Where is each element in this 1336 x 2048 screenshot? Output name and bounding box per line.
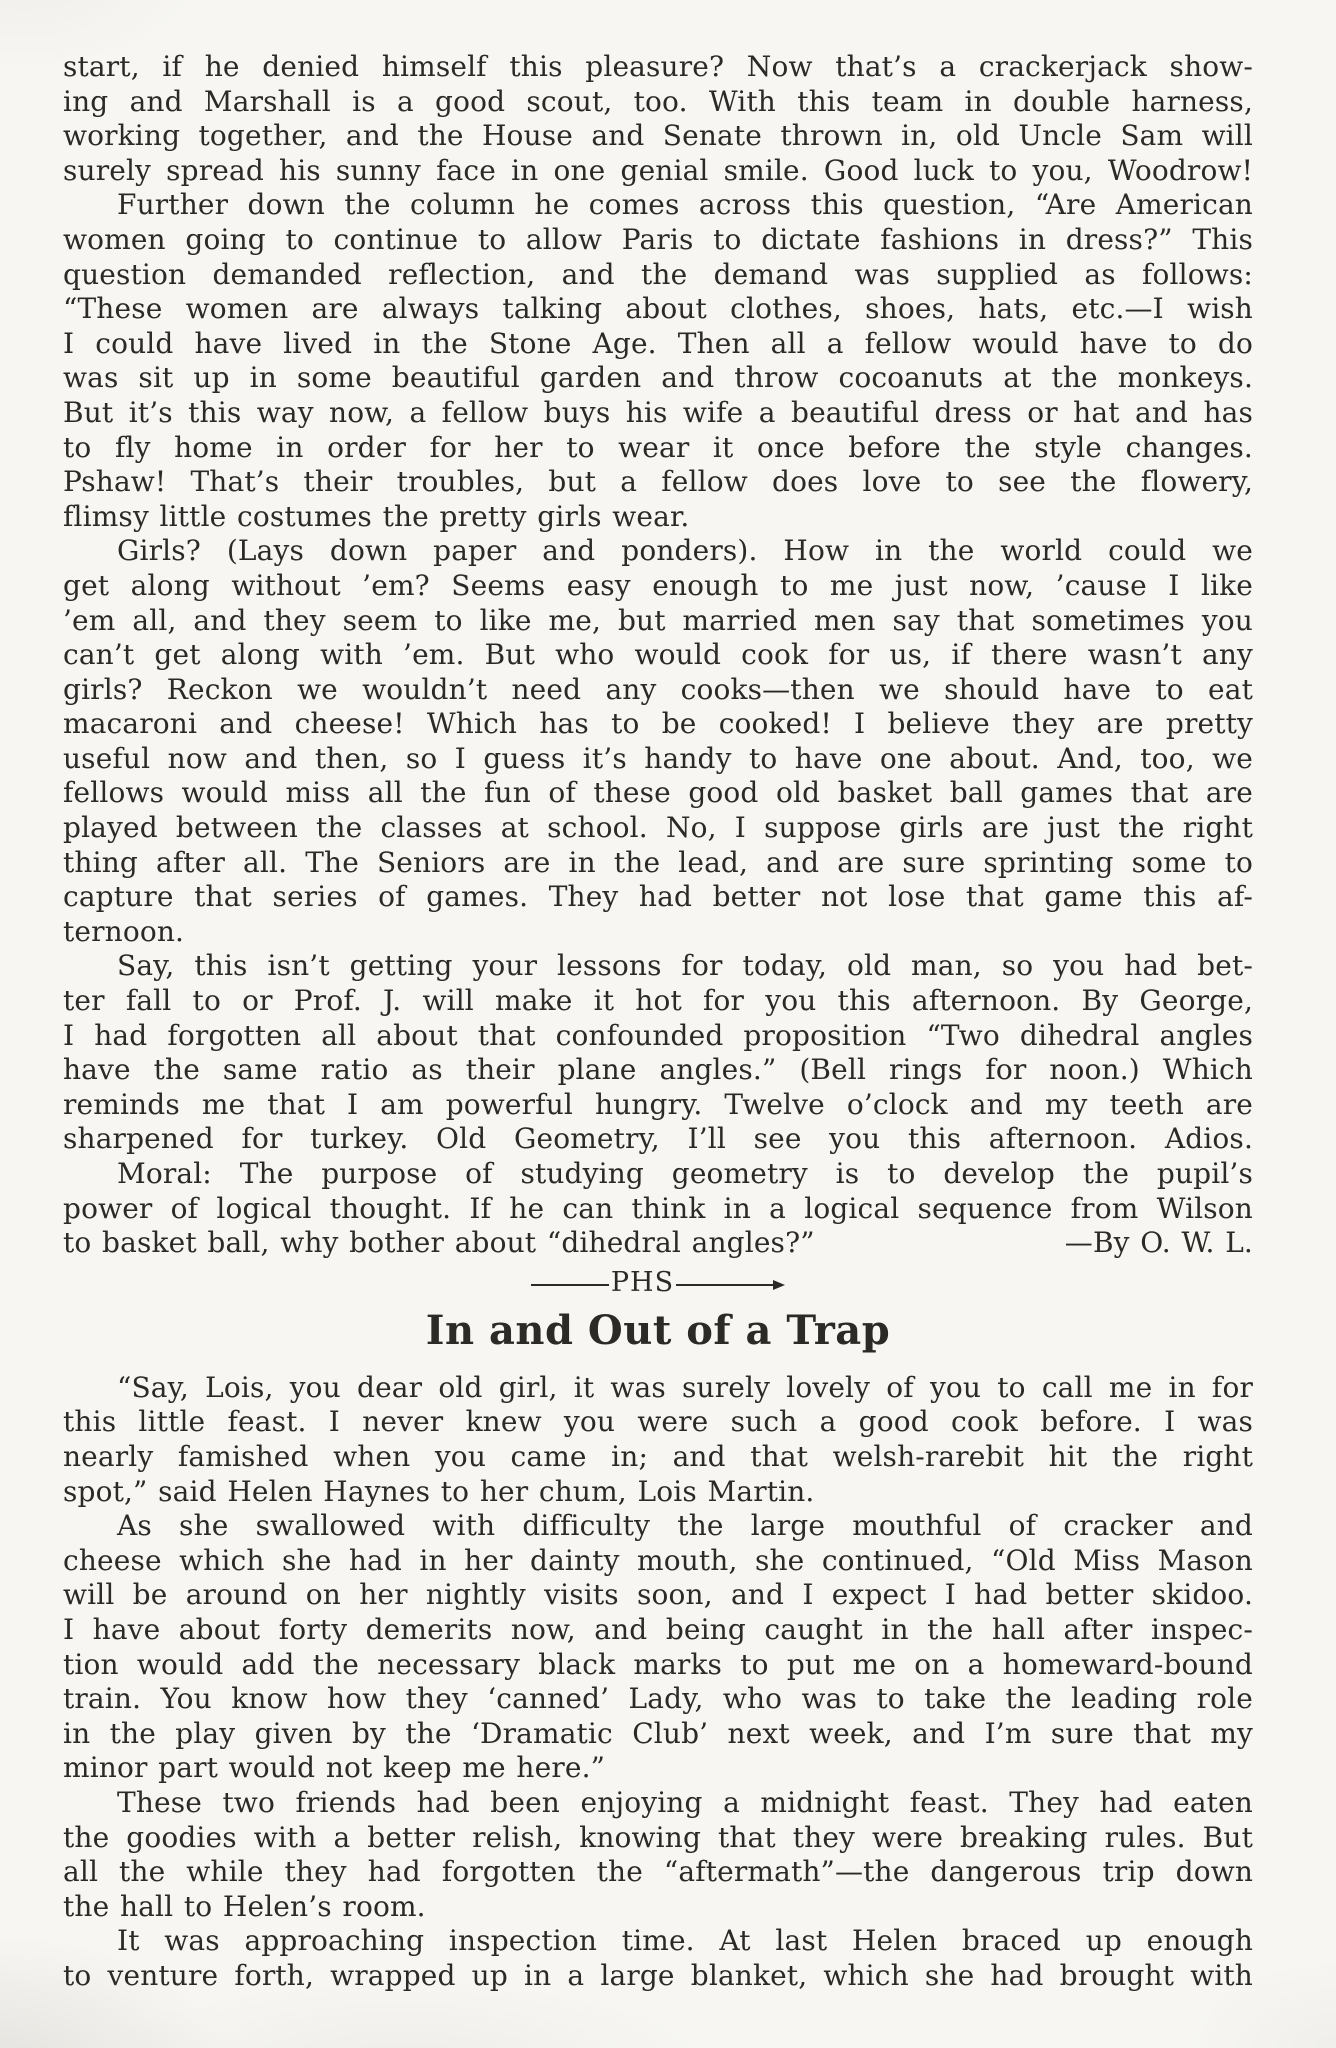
text-line: macaroni and cheese! Which has to be coo… [63, 707, 1253, 742]
text-fragment: to basket ball, why bother about “dihedr… [63, 1226, 815, 1261]
divider-rule-left [531, 1284, 609, 1286]
text-line: thing after all. The Seniors are in the … [63, 846, 1253, 881]
text-line: ’em all, and they seem to like me, but m… [63, 604, 1253, 639]
text-line: the goodies with a better relish, knowin… [63, 1821, 1253, 1856]
text-line: will be around on her nightly visits soo… [63, 1578, 1253, 1613]
text-line: ternoon. [63, 915, 1253, 950]
text-line: But it’s this way now, a fellow buys his… [63, 396, 1253, 431]
phs-divider: PHS [63, 1273, 1253, 1297]
byline-author: —By O. W. L. [1065, 1226, 1253, 1261]
text-line: surely spread his sunny face in one geni… [63, 154, 1253, 189]
text-line: minor part would not keep me here.” [63, 1751, 1253, 1786]
text-line: to venture forth, wrapped up in a large … [63, 1959, 1253, 1994]
text-line: “These women are always talking about cl… [63, 292, 1253, 327]
text-line: Say, this isn’t getting your lessons for… [63, 949, 1253, 984]
text-line: reminds me that I am powerful hungry. Tw… [63, 1088, 1253, 1123]
text-line: fellows would miss all the fun of these … [63, 776, 1253, 811]
text-line: “Say, Lois, you dear old girl, it was su… [63, 1371, 1253, 1406]
text-line: ing and Marshall is a good scout, too. W… [63, 85, 1253, 120]
text-line: spot,” said Helen Haynes to her chum, Lo… [63, 1475, 1253, 1510]
text-line: question demanded reflection, and the de… [63, 258, 1253, 293]
story-text-block: “Say, Lois, you dear old girl, it was su… [63, 1371, 1253, 1994]
text-line: nearly famished when you came in; and th… [63, 1440, 1253, 1475]
text-line: get along without ’em? Seems easy enough… [63, 569, 1253, 604]
text-line: to fly home in order for her to wear it … [63, 431, 1253, 466]
story-title: In and Out of a Trap [63, 1307, 1253, 1355]
text-line: Girls? (Lays down paper and ponders). Ho… [63, 534, 1253, 569]
text-line: Pshaw! That’s their troubles, but a fell… [63, 465, 1253, 500]
text-line: can’t get along with ’em. But who would … [63, 638, 1253, 673]
text-line: It was approaching inspection time. At l… [63, 1924, 1253, 1959]
text-line: I have about forty demerits now, and bei… [63, 1613, 1253, 1648]
text-line: women going to continue to allow Paris t… [63, 223, 1253, 258]
text-line: cheese which she had in her dainty mouth… [63, 1544, 1253, 1579]
text-line: As she swallowed with difficulty the lar… [63, 1509, 1253, 1544]
text-line: this little feast. I never knew you were… [63, 1405, 1253, 1440]
scanned-page: { "page": { "paper_color": "#f7f6f2", "i… [0, 0, 1336, 2048]
text-line: I could have lived in the Stone Age. The… [63, 327, 1253, 362]
text-line: all the while they had forgotten the “af… [63, 1855, 1253, 1890]
paragraph: As she swallowed with difficulty the lar… [63, 1509, 1253, 1786]
paragraph: “Say, Lois, you dear old girl, it was su… [63, 1371, 1253, 1509]
text-line: ter fall to or Prof. J. will make it hot… [63, 984, 1253, 1019]
paragraph: Moral: The purpose of studying geometry … [63, 1157, 1253, 1261]
text-line: working together, and the House and Sena… [63, 119, 1253, 154]
text-line: train. You know how they ‘canned’ Lady, … [63, 1682, 1253, 1717]
text-line: sharpened for turkey. Old Geometry, I’ll… [63, 1122, 1253, 1157]
monologue-text-block: start, if he denied himself this pleasur… [63, 50, 1253, 1261]
text-line: played between the classes at school. No… [63, 811, 1253, 846]
text-line: I had forgotten all about that confounde… [63, 1019, 1253, 1054]
paragraph: Further down the column he comes across … [63, 188, 1253, 534]
text-line: girls? Reckon we wouldn’t need any cooks… [63, 673, 1253, 708]
text-line: in the play given by the ‘Dramatic Club’… [63, 1717, 1253, 1752]
arrow-right-icon [773, 1280, 785, 1290]
text-line: start, if he denied himself this pleasur… [63, 50, 1253, 85]
paragraph: It was approaching inspection time. At l… [63, 1924, 1253, 1993]
paragraph: Say, this isn’t getting your lessons for… [63, 949, 1253, 1157]
text-line: power of logical thought. If he can thin… [63, 1192, 1253, 1227]
text-line: useful now and then, so I guess it’s han… [63, 742, 1253, 777]
text-line: tion would add the necessary black marks… [63, 1648, 1253, 1683]
text-line: capture that series of games. They had b… [63, 880, 1253, 915]
text-line: have the same ratio as their plane angle… [63, 1053, 1253, 1088]
text-line: Moral: The purpose of studying geometry … [63, 1157, 1253, 1192]
text-line: flimsy little costumes the pretty girls … [63, 500, 1253, 535]
paragraph: start, if he denied himself this pleasur… [63, 50, 1253, 188]
text-line: Further down the column he comes across … [63, 188, 1253, 223]
text-line: the hall to Helen’s room. [63, 1890, 1253, 1925]
paragraph: These two friends had been enjoying a mi… [63, 1786, 1253, 1924]
text-line: was sit up in some beautiful garden and … [63, 361, 1253, 396]
page: start, if he denied himself this pleasur… [0, 0, 1336, 2048]
divider-rule-right [676, 1284, 774, 1286]
paragraph: Girls? (Lays down paper and ponders). Ho… [63, 534, 1253, 949]
phs-divider-label: PHS [609, 1271, 676, 1295]
text-line: These two friends had been enjoying a mi… [63, 1786, 1253, 1821]
text-line: to basket ball, why bother about “dihedr… [63, 1226, 1253, 1261]
